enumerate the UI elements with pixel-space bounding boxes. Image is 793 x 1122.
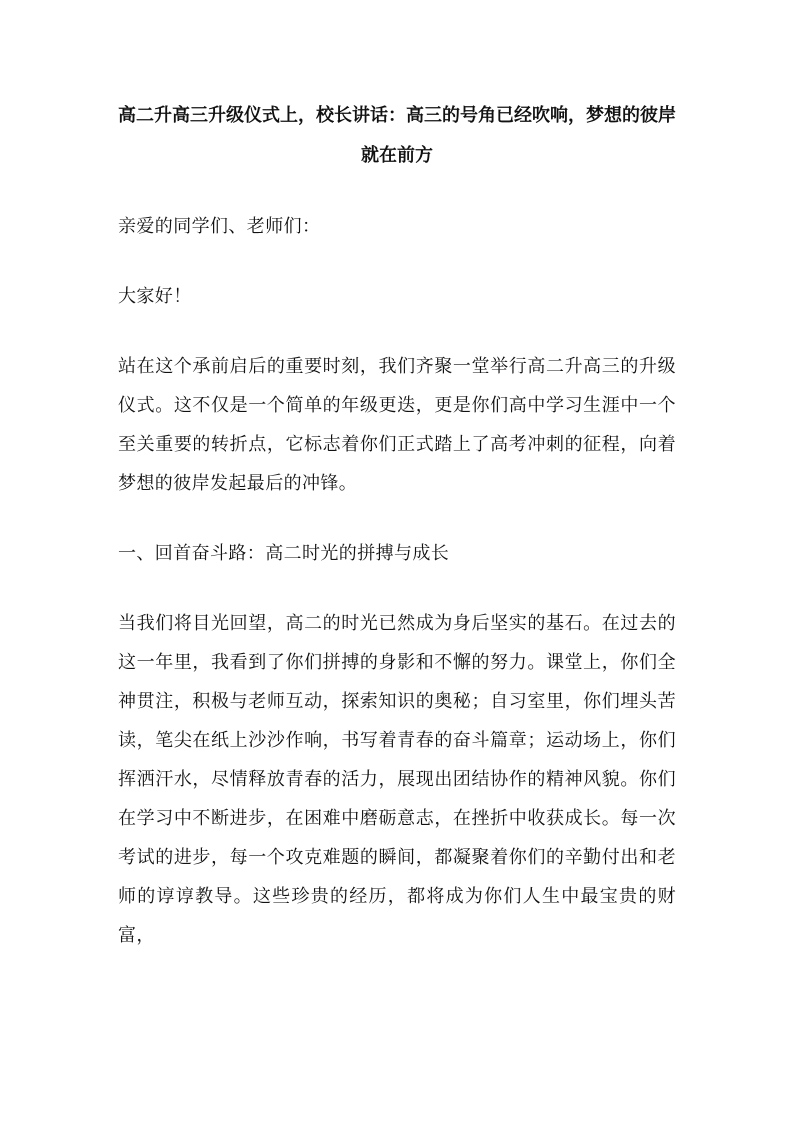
spacer (118, 503, 676, 534)
spacer (118, 246, 676, 277)
salutation: 亲爱的同学们、老师们： (118, 207, 676, 246)
document-title: 高二升高三升级仪式上，校长讲话：高三的号角已经吹响，梦想的彼岸就在前方 (112, 96, 682, 176)
section-heading: 一、回首奋斗路：高二时光的拼搏与成长 (118, 534, 676, 573)
intro-paragraph: 站在这个承前启后的重要时刻，我们齐聚一堂举行高二升高三的升级仪式。这不仅是一个简… (118, 347, 676, 503)
section-body-paragraph: 当我们将目光回望，高二的时光已然成为身后坚实的基石。在过去的这一年里，我看到了你… (118, 604, 676, 955)
greeting: 大家好！ (118, 277, 676, 316)
document-page: 高二升高三升级仪式上，校长讲话：高三的号角已经吹响，梦想的彼岸就在前方 亲爱的同… (118, 96, 676, 955)
spacer (118, 573, 676, 604)
spacer (118, 176, 676, 207)
spacer (118, 316, 676, 347)
